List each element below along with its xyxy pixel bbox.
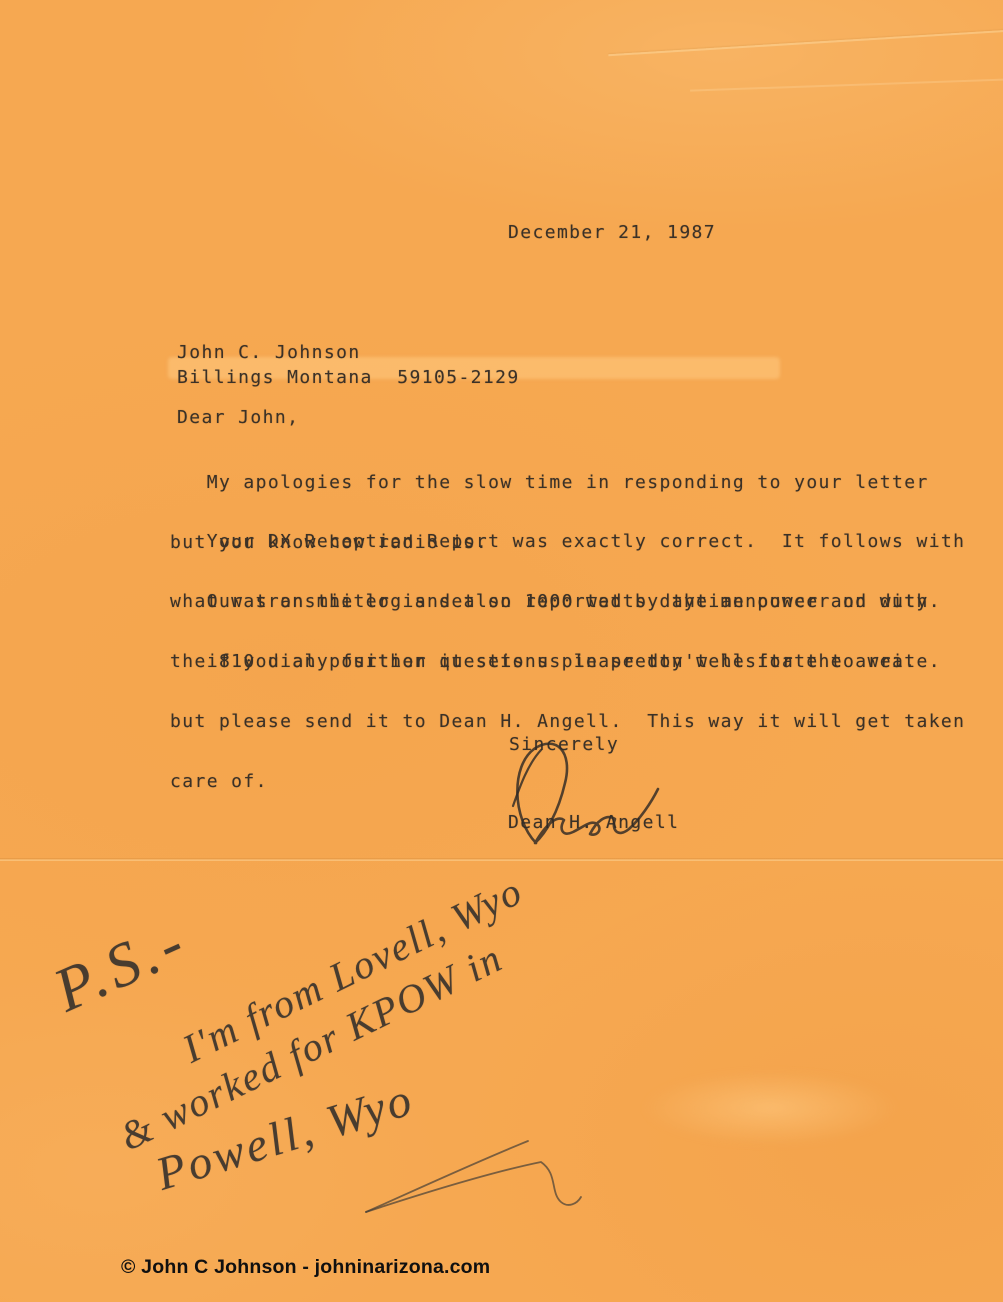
salutation-line: Dear John, — [177, 408, 299, 428]
ps-label: P.S.- — [44, 906, 199, 1027]
paragraph-line: if you any further questions please don'… — [170, 652, 965, 672]
recipient-name-line: John C. Johnson — [177, 343, 361, 363]
fold-crease-top — [608, 30, 1003, 56]
copyright-watermark: © John C Johnson - johninarizona.com — [121, 1256, 490, 1279]
fold-crease-middle — [0, 858, 1003, 861]
body-paragraph-4: if you any further questions please don'… — [170, 612, 965, 832]
paragraph-line: Our transmiiter is set on 1000 watts day… — [170, 592, 929, 612]
paragraph-line: but please send it to Dean H. Angell. Th… — [170, 712, 965, 732]
scanned-letter-page: December 21, 1987 John C. Johnson Billin… — [0, 0, 1003, 1302]
fold-crease-top-2 — [690, 78, 1003, 91]
pen-flourish — [366, 1141, 581, 1212]
date-line: December 21, 1987 — [508, 223, 716, 243]
signer-name-line: Dean H. Angell — [508, 813, 679, 833]
paragraph-line: Your DX Reception Report was exactly cor… — [170, 532, 965, 552]
paragraph-line: My apologies for the slow time in respon… — [170, 473, 929, 493]
closing-line: Sincerely — [509, 735, 619, 755]
erased-area-patch — [600, 1058, 940, 1158]
paragraph-line: care of. — [170, 772, 965, 792]
recipient-city-line: Billings Montana 59105-2129 — [177, 368, 520, 388]
